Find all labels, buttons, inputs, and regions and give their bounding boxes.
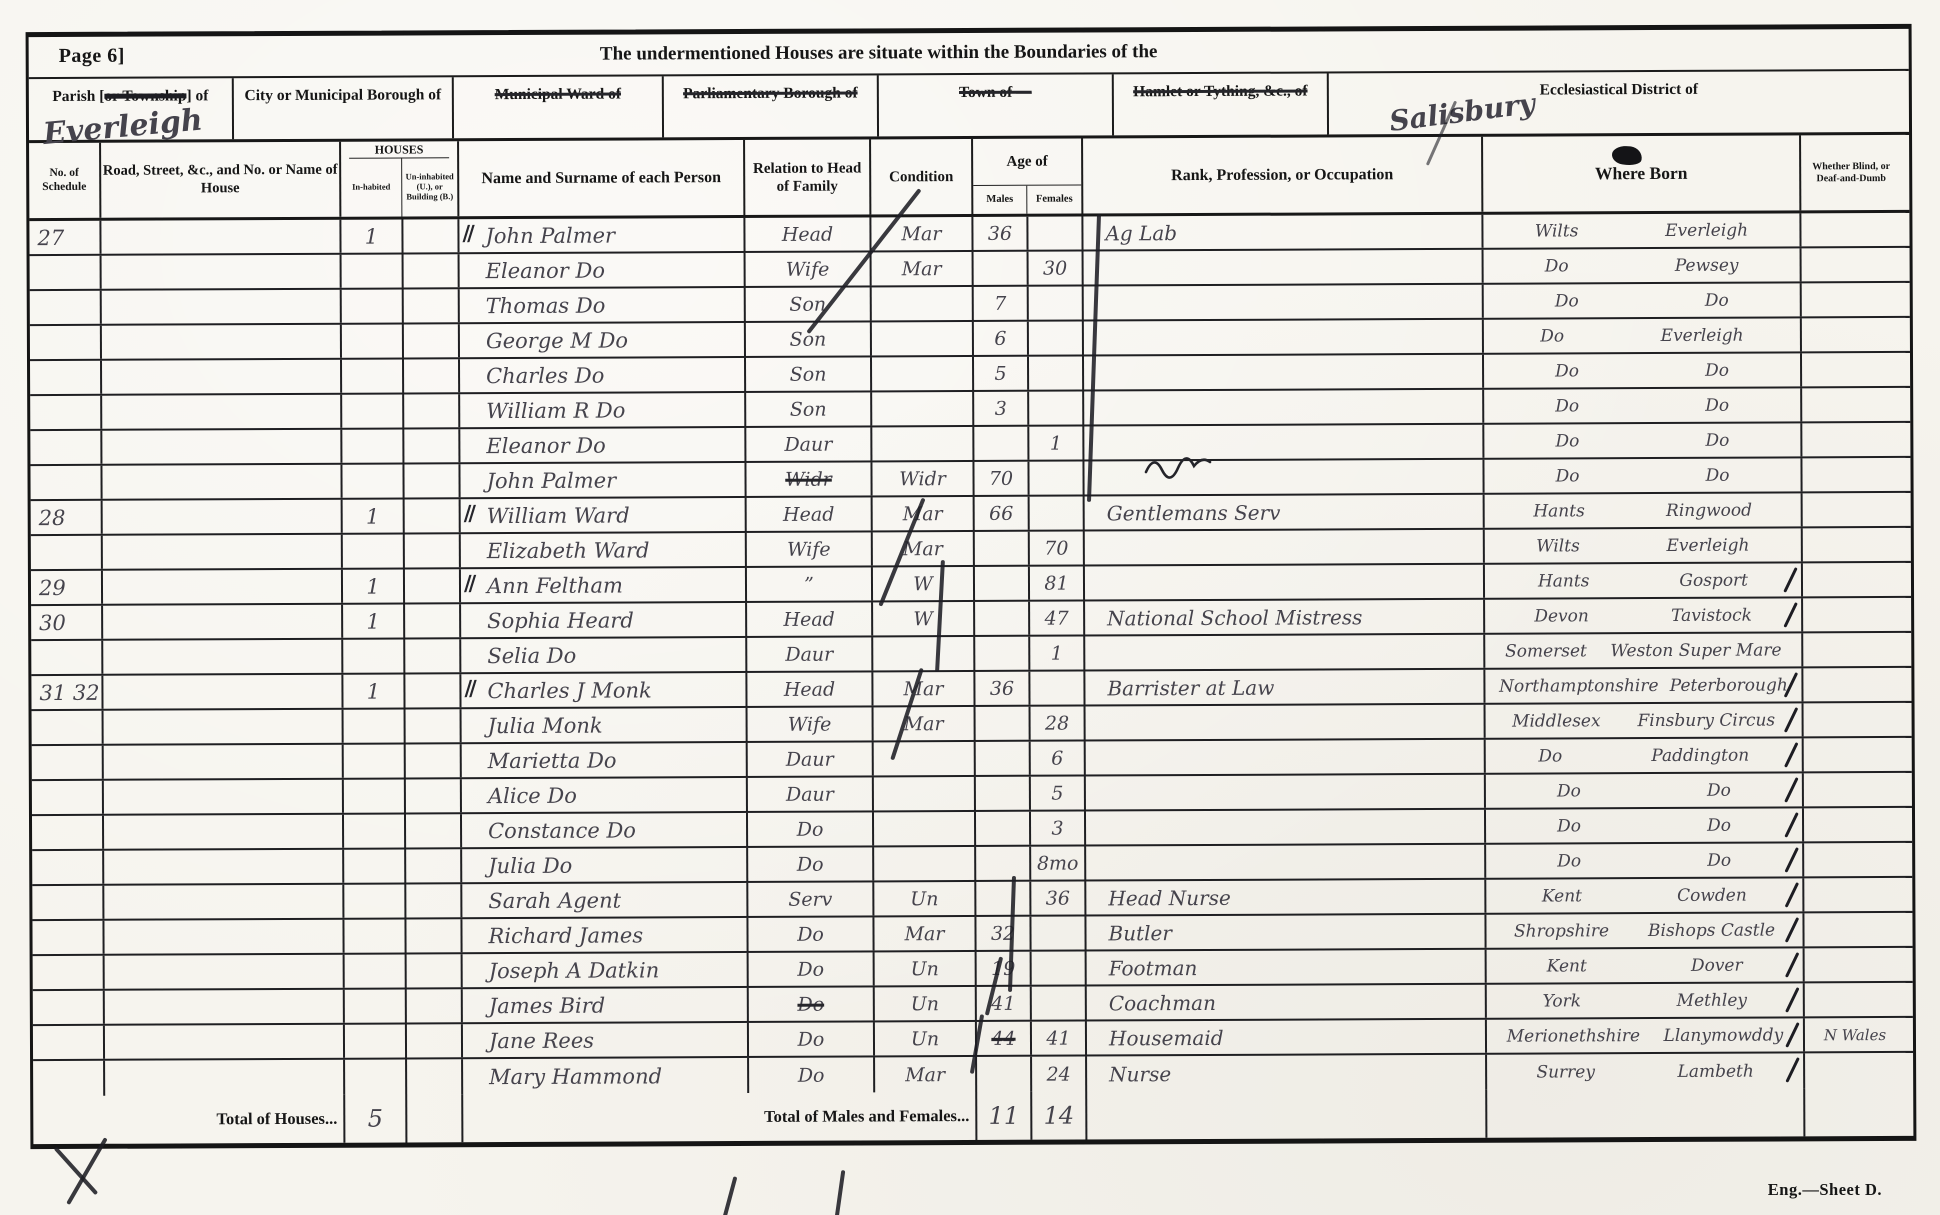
born-county: Devon <box>1534 606 1589 626</box>
born-place: Paddington <box>1651 745 1749 765</box>
blind-deaf-cell <box>1803 528 1903 561</box>
road-cell <box>103 675 343 709</box>
road-cell <box>102 290 342 324</box>
born-place: Do <box>1705 360 1729 380</box>
tally-check-mark <box>1783 567 1797 593</box>
person-name: Jane Rees <box>489 1028 594 1052</box>
uninhabited-cell <box>404 464 460 497</box>
born-place: Cowden <box>1677 885 1747 905</box>
condition-cell <box>873 637 975 670</box>
born-county: Merionethshire <box>1507 1026 1640 1047</box>
house-start-pen-mark <box>462 220 471 245</box>
houses-group-label: HOUSES <box>349 141 449 158</box>
uninhabited-cell <box>404 254 460 287</box>
blind-deaf-cell <box>1802 458 1902 491</box>
blind-deaf-cell <box>1802 353 1902 386</box>
age-males-cell: 3 <box>974 392 1029 425</box>
person-name: Julia Do <box>488 853 572 877</box>
inhabited-cell <box>343 639 405 672</box>
name-cell: Sophia Heard <box>461 603 747 637</box>
name-cell: Mary Hammond <box>463 1058 749 1094</box>
inhabited-cell: 1 <box>343 569 405 602</box>
col-where-born-header: Where Born <box>1483 135 1801 211</box>
uninhabited-cell <box>404 324 460 357</box>
age-males-cell <box>975 602 1030 635</box>
born-place: Everleigh <box>1665 220 1748 240</box>
name-cell: Constance Do <box>462 813 748 847</box>
born-place: Ringwood <box>1666 500 1752 520</box>
occupation-cell: Coachman <box>1087 985 1487 1020</box>
age-females-cell <box>1029 287 1084 320</box>
age-males-cell: 32 <box>976 917 1031 950</box>
total-males-females-label: Total of Males and Females... <box>463 1092 977 1142</box>
road-cell <box>104 885 344 919</box>
born-place: Do <box>1707 815 1731 835</box>
name-cell: John Palmer <box>460 463 746 497</box>
road-cell <box>103 640 343 674</box>
name-cell: Charles Do <box>460 358 746 392</box>
relation-cell: Do <box>749 1057 875 1093</box>
relation-cell: Do <box>748 847 874 881</box>
relation-cell: Head <box>745 217 871 251</box>
name-cell: Alice Do <box>462 778 748 812</box>
born-place: Gosport <box>1679 570 1748 590</box>
hamlet-header-cell: Hamlet or Tything, &c., of <box>1114 73 1329 135</box>
relation-cell: Wife <box>748 707 874 741</box>
age-males-cell: 41 <box>977 987 1032 1020</box>
totals-uninhabited-cell <box>407 1094 463 1142</box>
totals-row: Total of Houses... 5 Total of Males and … <box>33 1088 1913 1144</box>
born-place: Finsbury Circus <box>1637 710 1775 731</box>
uninhabited-cell <box>407 1024 463 1057</box>
where-born-cell: Do Paddington <box>1486 738 1804 772</box>
road-cell <box>104 920 344 954</box>
parish-header-cell: Parish [or Township] of Everleigh <box>29 78 234 140</box>
name-cell: Thomas Do <box>460 288 746 322</box>
age-males-cell <box>976 882 1031 915</box>
road-cell <box>104 850 344 884</box>
age-males-cell <box>975 637 1030 670</box>
relation-cell: Do <box>748 812 874 846</box>
sheet-imprint-label: Eng.—Sheet D. <box>1768 1180 1882 1200</box>
name-cell: John Palmer <box>459 218 745 252</box>
relation-cell: Serv <box>748 882 874 916</box>
schedule-cell <box>32 851 104 884</box>
born-county: Do <box>1555 291 1579 311</box>
occupation-cell <box>1085 565 1485 600</box>
uninhabited-cell <box>405 569 461 602</box>
person-name: Selia Do <box>487 643 576 667</box>
person-name: James Bird <box>489 993 605 1018</box>
occupation-cell <box>1084 250 1484 285</box>
relation-cell: ” <box>747 567 873 601</box>
occupation-cell: Gentlemans Serv <box>1085 495 1485 530</box>
relation-cell: Wife <box>746 252 872 286</box>
age-females-cell <box>1028 217 1083 250</box>
where-born-cell: Northamptonshire Peterborough <box>1485 668 1803 702</box>
town-label: Town of — <box>959 84 1032 101</box>
road-cell <box>104 745 344 779</box>
name-cell: Selia Do <box>461 638 747 672</box>
tally-check-mark <box>1785 952 1799 978</box>
person-name: John Palmer <box>486 468 616 493</box>
schedule-cell: 28 <box>31 501 103 534</box>
uninhabited-cell <box>405 604 461 637</box>
born-county: Hants <box>1533 501 1585 521</box>
condition-cell <box>874 742 976 775</box>
inhabited-cell: 1 <box>341 219 403 252</box>
pen-stroke <box>835 1170 845 1215</box>
schedule-cell <box>32 886 104 919</box>
born-county: Shropshire <box>1514 921 1609 941</box>
age-females-cell: 70 <box>1030 532 1085 565</box>
road-cell <box>102 395 342 429</box>
tally-check-mark <box>1783 602 1797 628</box>
person-name: Eleanor Do <box>486 258 605 283</box>
ecclesiastical-value-handwriting: Salisbury <box>1387 86 1537 139</box>
occupation-cell <box>1086 740 1486 775</box>
where-born-cell: Kent Dover <box>1487 948 1805 982</box>
schedule-cell <box>30 396 102 429</box>
col-males-header: Males <box>973 186 1027 214</box>
name-cell: William R Do <box>460 393 746 427</box>
col-inhabited-header: In-habited <box>341 158 402 216</box>
occupation-cell <box>1084 355 1484 390</box>
inhabited-cell <box>342 464 404 497</box>
relation-cell: Daur <box>748 777 874 811</box>
person-name: Ann Feltham <box>487 573 623 598</box>
tally-check-mark <box>1785 987 1799 1013</box>
age-females-cell <box>1029 322 1084 355</box>
age-males-cell: 44 <box>977 1022 1032 1055</box>
census-rows: 27 1 John Palmer Head Mar 36 Ag Lab Wilt… <box>29 213 1913 1096</box>
uninhabited-cell <box>407 954 463 987</box>
inhabited-cell <box>344 779 406 812</box>
occupation-cell <box>1086 845 1486 880</box>
name-cell: Richard James <box>462 918 748 952</box>
relation-cell: Head <box>747 672 873 706</box>
uninhabited-cell <box>406 919 462 952</box>
inhabited-cell <box>342 254 404 287</box>
born-county: Kent <box>1547 956 1587 976</box>
condition-cell: Un <box>875 987 977 1020</box>
where-born-cell: Do Do <box>1486 773 1804 807</box>
born-place: Llanymowddy <box>1663 1025 1783 1046</box>
age-females-cell <box>1032 951 1087 984</box>
road-cell <box>102 430 342 464</box>
road-cell <box>102 325 342 359</box>
born-county: Do <box>1557 781 1581 801</box>
house-start-pen-mark <box>464 570 473 595</box>
uninhabited-cell <box>404 429 460 462</box>
age-females-cell <box>1030 497 1085 530</box>
born-place: Pewsey <box>1675 255 1739 275</box>
uninhabited-cell <box>406 849 462 882</box>
born-place: Tavistock <box>1671 605 1752 625</box>
age-males-cell <box>976 742 1031 775</box>
col-name-header: Name and Surname of each Person <box>459 140 745 216</box>
person-name: Joseph A Datkin <box>489 958 660 983</box>
schedule-cell <box>30 466 102 499</box>
inhabited-cell <box>342 289 404 322</box>
age-group-label: Age of <box>973 139 1081 185</box>
age-males-cell: 36 <box>975 672 1030 705</box>
blind-deaf-cell <box>1803 493 1903 526</box>
houses-subcolumns: In-habited Un-inhabited (U.), or Buildin… <box>341 158 457 217</box>
born-place: Everleigh <box>1661 325 1744 345</box>
schedule-cell <box>33 956 105 989</box>
col-age-header: Age of Males Females <box>973 139 1083 214</box>
age-males-cell <box>974 427 1029 460</box>
blind-deaf-cell <box>1804 808 1904 841</box>
born-place: Weston Super Mare <box>1610 640 1781 661</box>
road-cell <box>105 1025 345 1059</box>
col-condition-header: Condition <box>871 139 973 214</box>
person-name: John Palmer <box>485 223 615 248</box>
inhabited-cell: 1 <box>343 604 405 637</box>
condition-cell: Mar <box>875 1057 977 1092</box>
born-county: Do <box>1556 466 1580 486</box>
tally-check-mark <box>1784 777 1798 803</box>
inhabited-cell <box>345 954 407 987</box>
born-county: Do <box>1557 851 1581 871</box>
city-borough-label: City or Municipal Borough of <box>244 86 441 104</box>
born-place: Peterborough <box>1670 675 1788 696</box>
condition-cell: Mar <box>874 707 976 740</box>
tally-check-mark <box>1785 1022 1799 1048</box>
where-born-cell: Do Do <box>1484 283 1802 317</box>
where-born-cell: Devon Tavistock <box>1485 598 1803 632</box>
occupation-cell <box>1084 285 1484 320</box>
municipal-ward-header-cell: Municipal Ward of <box>454 76 664 138</box>
person-name: Sophia Heard <box>487 608 634 633</box>
where-born-cell: Do Do <box>1484 423 1802 457</box>
blind-deaf-cell <box>1803 598 1903 631</box>
born-county: Northamptonshire <box>1499 676 1659 697</box>
uninhabited-cell <box>406 744 462 777</box>
condition-cell: W <box>873 602 975 635</box>
person-name: Elizabeth Ward <box>487 538 650 563</box>
blind-deaf-cell <box>1804 703 1904 736</box>
where-born-cell: Somerset Weston Super Mare <box>1485 633 1803 667</box>
blind-deaf-cell <box>1805 983 1905 1016</box>
total-houses-value: 5 <box>345 1094 407 1142</box>
age-subcolumns: Males Females <box>973 185 1081 214</box>
blind-deaf-cell <box>1802 248 1902 281</box>
person-name: Mary Hammond <box>489 1064 662 1089</box>
inhabited-cell <box>343 534 405 567</box>
born-county: Wilts <box>1536 536 1580 556</box>
age-females-cell: 30 <box>1029 252 1084 285</box>
relation-cell: Daur <box>748 742 874 776</box>
schedule-cell: 29 <box>31 571 103 604</box>
uninhabited-cell <box>404 359 460 392</box>
road-cell <box>105 990 345 1024</box>
where-born-cell: Hants Ringwood <box>1485 493 1803 527</box>
occupation-cell: Housemaid <box>1087 1020 1487 1055</box>
born-county: Do <box>1545 256 1569 276</box>
born-place: Do <box>1707 780 1731 800</box>
age-females-cell: 8mo <box>1031 847 1086 880</box>
tally-check-mark <box>1784 742 1798 768</box>
location-header-band: Parish [or Township] of Everleigh City o… <box>29 71 1909 143</box>
inhabited-cell <box>345 989 407 1022</box>
born-place: Do <box>1705 395 1729 415</box>
age-males-cell <box>976 777 1031 810</box>
relation-cell: Do <box>748 917 874 951</box>
condition-cell <box>872 427 974 460</box>
born-place: Do <box>1706 465 1730 485</box>
name-cell: James Bird <box>463 988 749 1022</box>
blind-deaf-cell <box>1805 948 1905 981</box>
relation-cell: Son <box>746 392 872 426</box>
age-females-cell <box>1032 986 1087 1019</box>
road-cell <box>105 955 345 989</box>
blind-deaf-cell <box>1804 913 1904 946</box>
uninhabited-cell <box>407 989 463 1022</box>
age-males-cell <box>974 252 1029 285</box>
parish-label-struck: or Township <box>104 87 186 104</box>
born-place: Lambeth <box>1677 1061 1753 1081</box>
where-born-cell: Surrey Lambeth <box>1487 1053 1805 1089</box>
condition-cell: Un <box>875 952 977 985</box>
schedule-cell <box>32 711 104 744</box>
age-males-cell: 70 <box>974 462 1029 495</box>
age-females-cell: 5 <box>1031 777 1086 810</box>
inhabited-cell <box>342 324 404 357</box>
relation-cell: Head <box>747 602 873 636</box>
where-born-cell: Shropshire Bishops Castle <box>1486 913 1804 947</box>
age-females-cell <box>1029 462 1084 495</box>
condition-cell: Widr <box>872 462 974 495</box>
occupation-cell: Butler <box>1086 915 1486 950</box>
uninhabited-cell <box>405 674 461 707</box>
house-start-pen-mark <box>464 675 473 700</box>
person-name: Eleanor Do <box>486 433 605 458</box>
road-cell <box>103 500 343 534</box>
person-name: George M Do <box>486 328 628 353</box>
occupation-cell <box>1085 530 1485 565</box>
person-name: Julia Monk <box>488 713 603 738</box>
person-name: Richard James <box>488 923 643 948</box>
relation-cell: Wife <box>747 532 873 566</box>
person-name: Charles J Monk <box>487 678 651 703</box>
road-cell <box>104 815 344 849</box>
inhabited-cell <box>344 814 406 847</box>
age-females-cell <box>1029 392 1084 425</box>
schedule-cell <box>33 1026 105 1059</box>
where-born-cell: Do Pewsey <box>1484 248 1802 282</box>
age-males-cell: 19 <box>977 952 1032 985</box>
name-cell: George M Do <box>460 323 746 357</box>
age-females-cell: 6 <box>1031 742 1086 775</box>
born-county: Kent <box>1542 886 1582 906</box>
where-born-cell: York Methley <box>1487 983 1805 1017</box>
age-females-cell <box>1029 357 1084 390</box>
person-name: Constance Do <box>488 818 636 843</box>
age-males-cell: 66 <box>975 497 1030 530</box>
condition-cell: Un <box>874 882 976 915</box>
age-females-cell <box>1030 672 1085 705</box>
uninhabited-cell <box>406 884 462 917</box>
col-occupation-header: Rank, Profession, or Occupation <box>1083 137 1483 214</box>
age-males-cell <box>976 707 1031 740</box>
born-county: Surrey <box>1536 1062 1595 1082</box>
age-females-cell: 24 <box>1032 1056 1087 1091</box>
occupation-cell: Barrister at Law <box>1085 670 1485 705</box>
condition-cell: Mar <box>873 532 975 565</box>
tally-check-mark <box>1785 882 1799 908</box>
schedule-cell <box>30 431 102 464</box>
tally-check-mark <box>1784 707 1798 733</box>
name-cell: Elizabeth Ward <box>461 533 747 567</box>
condition-cell <box>872 392 974 425</box>
town-header-cell: Town of — <box>879 74 1114 136</box>
col-road-header: Road, Street, &c., and No. or Name of Ho… <box>101 142 341 218</box>
condition-cell: Mar <box>872 252 974 285</box>
schedule-cell <box>32 746 104 779</box>
parish-label-pre: Parish [ <box>52 88 104 105</box>
condition-cell <box>874 812 976 845</box>
tally-check-mark <box>1784 812 1798 838</box>
road-cell <box>103 605 343 639</box>
born-county: Do <box>1555 396 1579 416</box>
name-cell: Joseph A Datkin <box>463 953 749 987</box>
pen-scribble <box>1142 452 1214 485</box>
age-males-cell: 6 <box>974 322 1029 355</box>
condition-cell <box>872 287 974 320</box>
name-cell: Jane Rees <box>463 1023 749 1057</box>
col-relation-header: Relation to Head of Family <box>745 139 871 215</box>
relation-cell: Son <box>746 287 872 321</box>
occupation-cell: Footman <box>1087 950 1487 985</box>
born-county: York <box>1543 991 1582 1011</box>
born-county: Do <box>1557 816 1581 836</box>
schedule-cell <box>30 361 102 394</box>
age-males-cell <box>977 1057 1032 1092</box>
road-cell <box>102 255 342 289</box>
born-county: Do <box>1555 431 1579 451</box>
relation-cell: Do <box>749 987 875 1021</box>
inhabited-cell <box>342 429 404 462</box>
occupation-cell <box>1084 320 1484 355</box>
blind-deaf-cell <box>1802 318 1902 351</box>
condition-cell <box>872 322 974 355</box>
relation-cell: Widr <box>746 462 872 496</box>
age-females-cell <box>1031 916 1086 949</box>
schedule-cell <box>32 781 104 814</box>
uninhabited-cell <box>405 499 461 532</box>
inhabited-cell <box>342 359 404 392</box>
inhabited-cell <box>344 744 406 777</box>
age-males-cell <box>976 812 1031 845</box>
inhabited-cell <box>344 919 406 952</box>
where-born-cell: Middlesex Finsbury Circus <box>1486 703 1804 737</box>
house-start-pen-mark <box>464 500 473 525</box>
age-males-cell: 5 <box>974 357 1029 390</box>
born-place: Do <box>1705 290 1729 310</box>
col-females-header: Females <box>1027 186 1081 214</box>
totals-where-born-cell <box>1487 1088 1805 1137</box>
schedule-cell: 27 <box>29 221 101 254</box>
parliamentary-borough-header-cell: Parliamentary Borough of <box>664 75 879 137</box>
relation-cell: Do <box>749 952 875 986</box>
totals-occupation-cell <box>1087 1090 1487 1140</box>
totals-blind-cell <box>1805 1088 1905 1136</box>
blind-deaf-cell <box>1803 633 1903 666</box>
born-place: Do <box>1705 430 1729 450</box>
census-scan-page: Page 6] The undermentioned Houses are si… <box>0 0 1940 1215</box>
